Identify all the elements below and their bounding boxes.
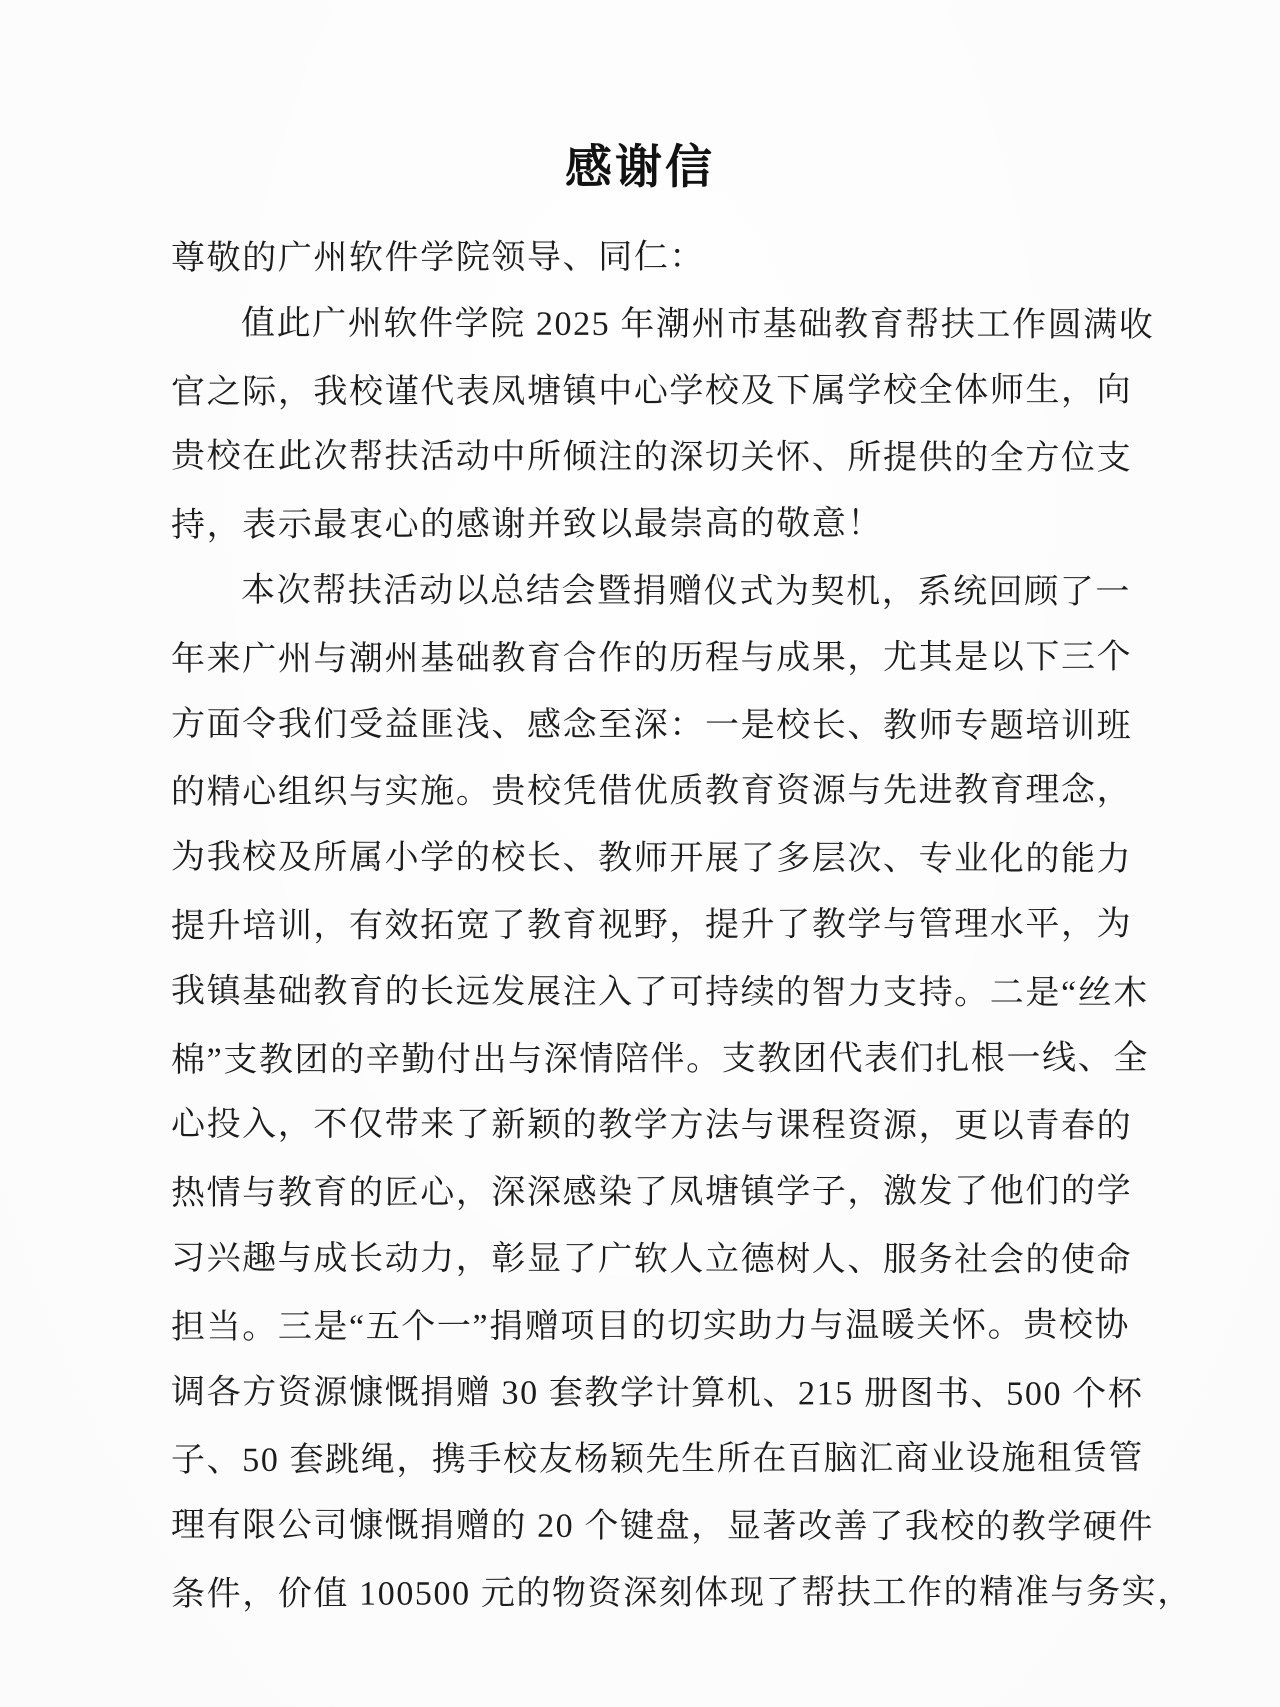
- body-line: 我镇基础教育的长远发展注入了可持续的智力支持。二是“丝木: [171, 954, 1105, 1023]
- body-line: 的精心组织与实施。贵校凭借优质教育资源与先进教育理念，: [171, 753, 1105, 822]
- body-line: 棉”支教团的辛勤付出与深情陪伴。支教团代表们扎根一线、全: [171, 1020, 1105, 1089]
- scanned-letter-page: 感谢信 尊敬的广州软件学院领导、同仁： 值此广州软件学院 2025 年潮州市基础…: [0, 0, 1280, 1707]
- body-line: 本次帮扶活动以总结会暨捐赠仪式为契机，系统回顾了一: [171, 553, 1105, 622]
- body-line: 习兴趣与成长动力，彰显了广软人立德树人、服务社会的使命: [171, 1221, 1105, 1290]
- body-line: 年来广州与潮州基础教育合作的历程与成果，尤其是以下三个: [171, 620, 1105, 689]
- body-line: 官之际，我校谨代表凤塘镇中心学校及下属学校全体师生，向: [171, 352, 1105, 421]
- body-line: 调各方资源慷慨捐赠 30 套教学计算机、215 册图书、500 个杯: [171, 1355, 1105, 1424]
- body-line: 热情与教育的匠心，深深感染了凤塘镇学子，激发了他们的学: [171, 1154, 1105, 1223]
- body-line: 值此广州软件学院 2025 年潮州市基础教育帮扶工作圆满收: [171, 286, 1105, 355]
- body-line: 为我校及所属小学的校长、教师开展了多层次、专业化的能力: [171, 820, 1105, 889]
- body-line: 心投入，不仅带来了新颖的教学方法与课程资源，更以青春的: [171, 1087, 1105, 1156]
- body-line: 方面令我们受益匪浅、感念至深：一是校长、教师专题培训班: [171, 687, 1105, 756]
- body-line: 条件，价值 100500 元的物资深刻体现了帮扶工作的精准与务实，: [171, 1555, 1105, 1624]
- body-line: 持，表示最衷心的感谢并致以最崇高的敬意！: [171, 486, 1105, 555]
- letter-body: 尊敬的广州软件学院领导、同仁： 值此广州软件学院 2025 年潮州市基础教育帮扶…: [171, 220, 1105, 1623]
- body-line: 理有限公司慷慨捐赠的 20 个键盘，显著改善了我校的教学硬件: [171, 1488, 1105, 1557]
- document-title: 感谢信: [0, 129, 1280, 198]
- body-line: 提升培训，有效拓宽了教育视野，提升了教学与管理水平，为: [171, 887, 1105, 956]
- salutation-line: 尊敬的广州软件学院领导、同仁：: [171, 219, 1105, 288]
- body-line: 担当。三是“五个一”捐赠项目的切实助力与温暖关怀。贵校协: [171, 1288, 1105, 1357]
- body-line: 子、50 套跳绳，携手校友杨颖先生所在百脑汇商业设施租赁管: [171, 1421, 1105, 1490]
- body-line: 贵校在此次帮扶活动中所倾注的深切关怀、所提供的全方位支: [171, 419, 1105, 488]
